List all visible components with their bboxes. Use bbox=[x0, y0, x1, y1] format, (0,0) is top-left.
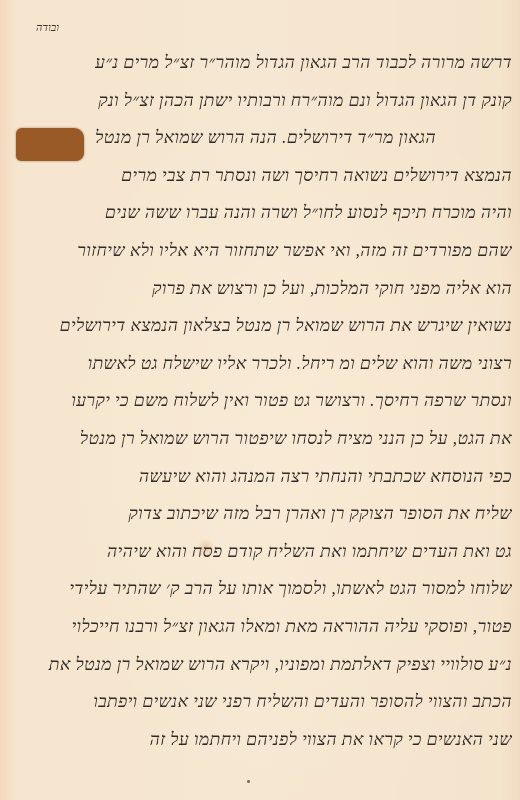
letter-line-9: רצוני משה והוא שלים ומ ריחל. ולכרר אליו … bbox=[6, 345, 512, 383]
letter-line-15: שלוחו למסור הגט לאשתו, ולסמוך אותו על הר… bbox=[6, 570, 512, 608]
letter-line-2: קונק דן הגאון הגדול ונם מוה״רח ורבותיו י… bbox=[6, 82, 512, 120]
redaction-box bbox=[16, 128, 84, 161]
letter-line-13: שליח את הסופר הצוקק רן ואהרן רבל מזה שיכ… bbox=[6, 495, 512, 533]
letter-line-10: ונסתר שרפה רחיסך. ורצושר גט פטור ואין לש… bbox=[6, 382, 512, 420]
letter-line-19: שני האנשים כי קראו את הצווי לפניהם ויחתמ… bbox=[6, 721, 512, 759]
letter-line-14: גט ואת העדים שיחתמו ואת השליח קודם פסח ו… bbox=[6, 533, 512, 571]
ink-dot bbox=[247, 780, 250, 783]
letter-page: ובודה דרשה מרורה לכבוד הרב הגאון הגדול מ… bbox=[0, 0, 520, 800]
letter-line-12: כפי הנוסחא שכתבתי והנחתי רצה המנהג והוא … bbox=[6, 458, 512, 496]
letter-line-7: הוא אליה מפני חוקי המלכות, ועל כן ורצוש … bbox=[6, 270, 512, 308]
superscript-note: ובודה bbox=[36, 22, 59, 34]
letter-line-4: הנמצא דירושלים נשואה רחיסך ושה ונסתר רת … bbox=[6, 157, 512, 195]
letter-line-1: דרשה מרורה לכבוד הרב הגאון הגדול מוהר״ר … bbox=[6, 44, 512, 82]
letter-line-11: את הגט, על כן הנני מציח לנסחו שיפטור הרו… bbox=[6, 420, 512, 458]
letter-line-6: שהם מפורדים זה מזה, ואי אפשר שתחזור היא … bbox=[6, 232, 512, 270]
letter-line-18: הכתב והצווי להסופר והעדים והשליח רפני שנ… bbox=[6, 683, 512, 721]
letter-line-16: פטור, ופוסקי עליה ההוראה מאת ומאלו הגאון… bbox=[6, 608, 512, 646]
letter-line-17: נ״ע סולוויי וצפיק דאלתמת ומפוניו, ויקרא … bbox=[6, 646, 512, 684]
letter-line-5: והיה מוכרח תיכף לנסוע לחו״ל ושרה והנה עב… bbox=[6, 194, 512, 232]
letter-line-8: נשואין שיגרש את הרוש שמואל רן מנטל בצלאו… bbox=[6, 307, 512, 345]
